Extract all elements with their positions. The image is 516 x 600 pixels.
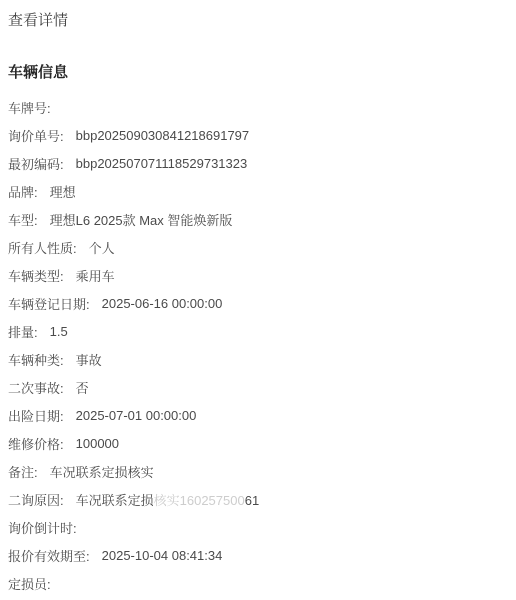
field-row: 车辆登记日期: 2025-06-16 00:00:00	[8, 289, 506, 317]
field-value: 理想L6 2025款 Max 智能焕新版	[50, 210, 233, 229]
field-label: 品牌:	[8, 182, 38, 201]
page-title: 查看详情	[8, 12, 506, 29]
field-row: 车牌号:	[8, 93, 506, 121]
field-row: 询价单号: bbp202509030841218691797	[8, 121, 506, 149]
field-value: 理想	[50, 182, 76, 201]
field-value: 车况联系定损核实16025750061	[76, 490, 260, 509]
field-value: 2025-10-04 08:41:34	[102, 548, 223, 563]
field-row: 车辆类型: 乘用车	[8, 261, 506, 289]
field-row: 询价倒计时:	[8, 513, 506, 541]
field-label: 所有人性质:	[8, 238, 77, 257]
field-label: 询价倒计时:	[8, 518, 77, 537]
field-row: 出险日期: 2025-07-01 00:00:00	[8, 401, 506, 429]
field-label: 排量:	[8, 322, 38, 341]
field-list: 车牌号: 询价单号: bbp202509030841218691797 最初编码…	[8, 93, 506, 597]
field-label: 维修价格:	[8, 434, 64, 453]
field-label: 二询原因:	[8, 490, 64, 509]
field-row: 报价有效期至: 2025-10-04 08:41:34	[8, 541, 506, 569]
field-label: 报价有效期至:	[8, 546, 90, 565]
field-value: 2025-07-01 00:00:00	[76, 408, 197, 423]
field-value-tail: 61	[245, 493, 259, 508]
field-label: 出险日期:	[8, 406, 64, 425]
field-row: 排量: 1.5	[8, 317, 506, 345]
field-label: 车辆登记日期:	[8, 294, 90, 313]
field-row: 品牌: 理想	[8, 177, 506, 205]
field-row: 二次事故: 否	[8, 373, 506, 401]
field-row: 二询原因: 车况联系定损核实16025750061	[8, 485, 506, 513]
field-row: 维修价格: 100000	[8, 429, 506, 457]
field-value: 否	[76, 378, 89, 397]
field-value: bbp202507071118529731323	[76, 156, 248, 171]
field-label: 定损员:	[8, 574, 51, 593]
field-row: 最初编码: bbp202507071118529731323	[8, 149, 506, 177]
field-value: 1.5	[50, 324, 68, 339]
field-value: 个人	[89, 238, 115, 257]
field-value: 2025-06-16 00:00:00	[102, 296, 223, 311]
field-value-normal: 车况联系定损	[76, 493, 154, 508]
field-label: 车牌号:	[8, 98, 51, 117]
field-label: 车辆类型:	[8, 266, 64, 285]
field-label: 询价单号:	[8, 126, 64, 145]
field-label: 车辆种类:	[8, 350, 64, 369]
field-value-faded: 核实160257500	[154, 493, 245, 508]
field-value: 乘用车	[76, 266, 115, 285]
field-label: 备注:	[8, 462, 38, 481]
field-row: 备注: 车况联系定损核实	[8, 457, 506, 485]
field-value: 事故	[76, 350, 102, 369]
field-value: 车况联系定损核实	[50, 462, 154, 481]
field-row: 车辆种类: 事故	[8, 345, 506, 373]
field-row: 所有人性质: 个人	[8, 233, 506, 261]
field-value: 100000	[76, 436, 119, 451]
field-label: 车型:	[8, 210, 38, 229]
section-title-vehicle-info: 车辆信息	[8, 64, 506, 81]
vehicle-detail-page: 查看详情 车辆信息 车牌号: 询价单号: bbp2025090308412186…	[0, 0, 516, 597]
field-label: 二次事故:	[8, 378, 64, 397]
field-value: bbp202509030841218691797	[76, 128, 250, 143]
field-row: 车型: 理想L6 2025款 Max 智能焕新版	[8, 205, 506, 233]
field-row: 定损员:	[8, 569, 506, 597]
field-label: 最初编码:	[8, 154, 64, 173]
